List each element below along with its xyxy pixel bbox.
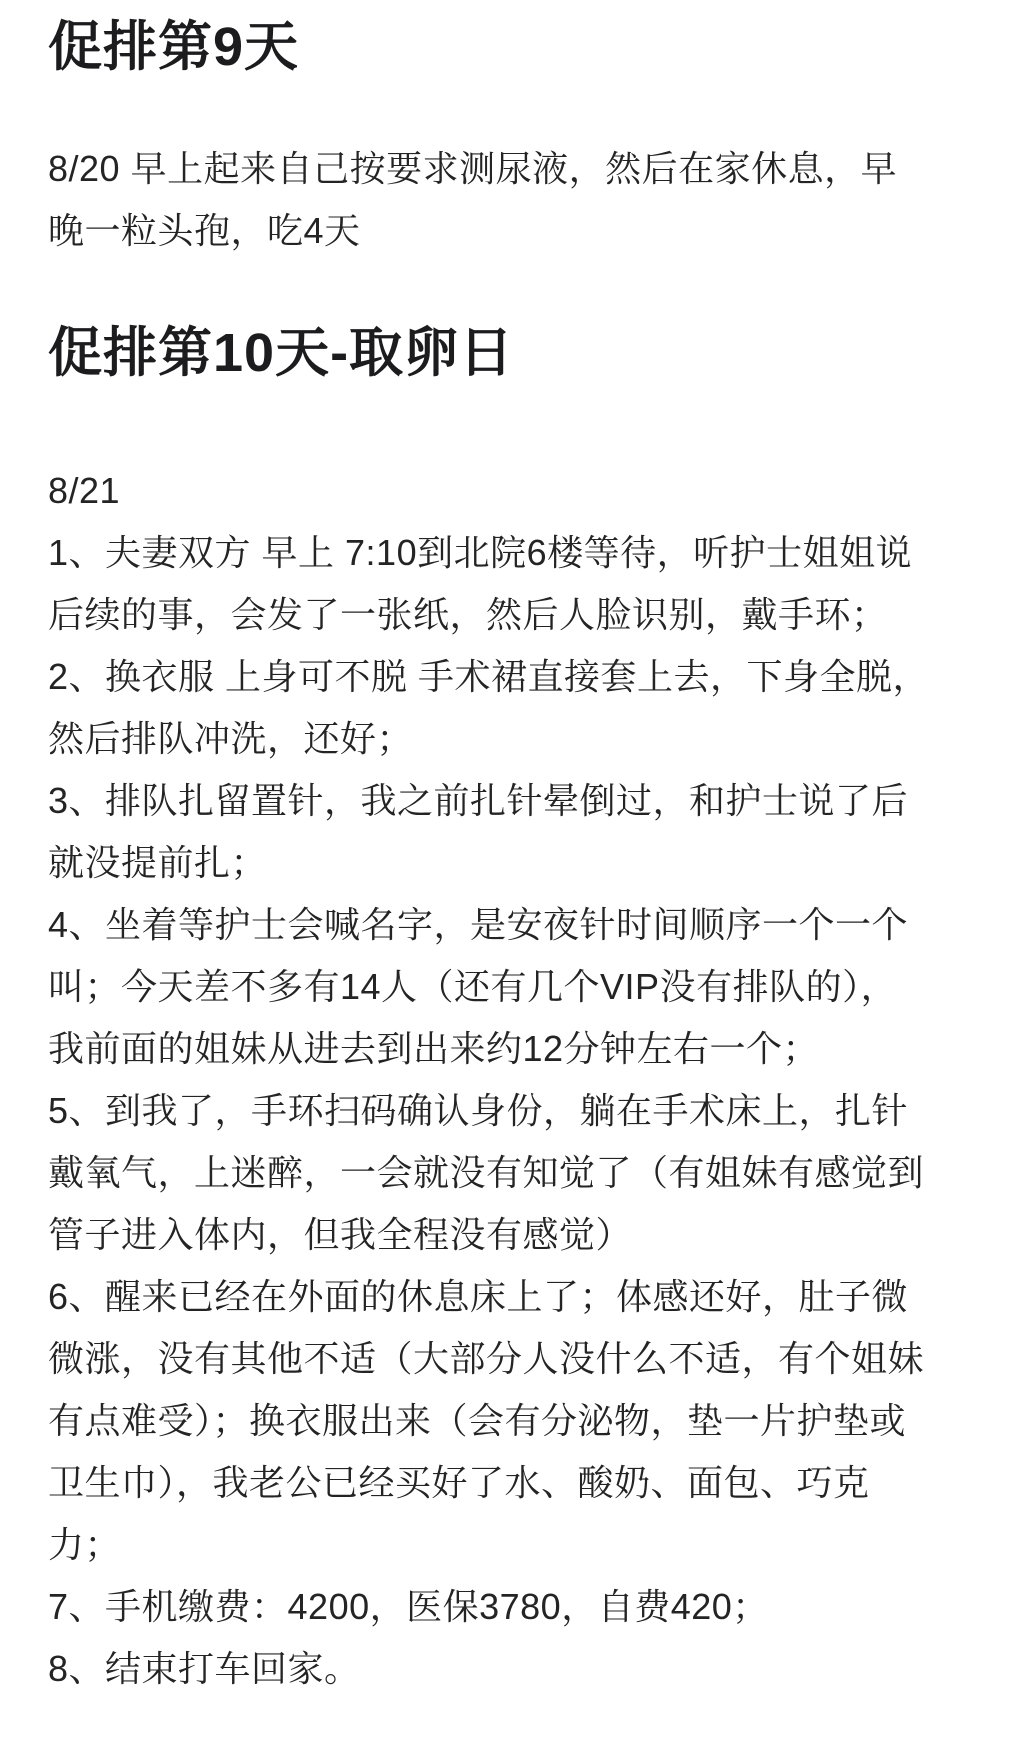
day10-item5-line2: 戴氧气，上迷醉，一会就没有知觉了（有姐妹有感觉到 <box>48 1142 990 1204</box>
day10-item7-line: 7、手机缴费：4200，医保3780，自费420； <box>48 1576 990 1638</box>
day10-item4-line1: 4、坐着等护士会喊名字，是安夜针时间顺序一个一个 <box>48 894 990 956</box>
day10-item6-line5: 力； <box>48 1514 990 1576</box>
document-page: 促排第9天 8/20 早上起来自己按要求测尿液，然后在家休息，早 晚一粒头孢，吃… <box>0 0 1024 1754</box>
day10-item6-line1: 6、醒来已经在外面的休息床上了；体感还好，肚子微 <box>48 1266 990 1328</box>
day10-item1-line1: 1、夫妻双方 早上 7:10到北院6楼等待，听护士姐姐说 <box>48 522 990 584</box>
day10-item3-line2: 就没提前扎； <box>48 832 990 894</box>
paragraph-day9: 8/20 早上起来自己按要求测尿液，然后在家休息，早 晚一粒头孢，吃4天 <box>48 138 990 262</box>
heading-day10-egg-retrieval: 促排第10天-取卵日 <box>48 318 990 388</box>
day10-item6-line4: 卫生巾），我老公已经买好了水、酸奶、面包、巧克 <box>48 1452 990 1514</box>
day10-item6-line3: 有点难受）；换衣服出来（会有分泌物，垫一片护垫或 <box>48 1390 990 1452</box>
paragraph-day10: 8/21 1、夫妻双方 早上 7:10到北院6楼等待，听护士姐姐说 后续的事，会… <box>48 460 990 1700</box>
day10-item6-line2: 微涨，没有其他不适（大部分人没什么不适，有个姐妹 <box>48 1328 990 1390</box>
day10-item1-line2: 后续的事，会发了一张纸，然后人脸识别，戴手环； <box>48 584 990 646</box>
day9-line-2: 晚一粒头孢，吃4天 <box>48 200 990 262</box>
day10-item8-line: 8、结束打车回家。 <box>48 1638 990 1700</box>
day10-item4-line3: 我前面的姐妹从进去到出来约12分钟左右一个； <box>48 1018 990 1080</box>
day10-item5-line1: 5、到我了，手环扫码确认身份，躺在手术床上，扎针 <box>48 1080 990 1142</box>
heading-day9: 促排第9天 <box>48 12 990 82</box>
day9-line-1: 8/20 早上起来自己按要求测尿液，然后在家休息，早 <box>48 138 990 200</box>
day10-item5-line3: 管子进入体内，但我全程没有感觉） <box>48 1204 990 1266</box>
day10-item3-line1: 3、排队扎留置针，我之前扎针晕倒过，和护士说了后 <box>48 770 990 832</box>
day10-item2-line2: 然后排队冲洗，还好； <box>48 708 990 770</box>
day10-item4-line2: 叫；今天差不多有14人（还有几个VIP没有排队的）， <box>48 956 990 1018</box>
day10-date-line: 8/21 <box>48 460 990 522</box>
day10-item2-line1: 2、换衣服 上身可不脱 手术裙直接套上去，下身全脱， <box>48 646 990 708</box>
